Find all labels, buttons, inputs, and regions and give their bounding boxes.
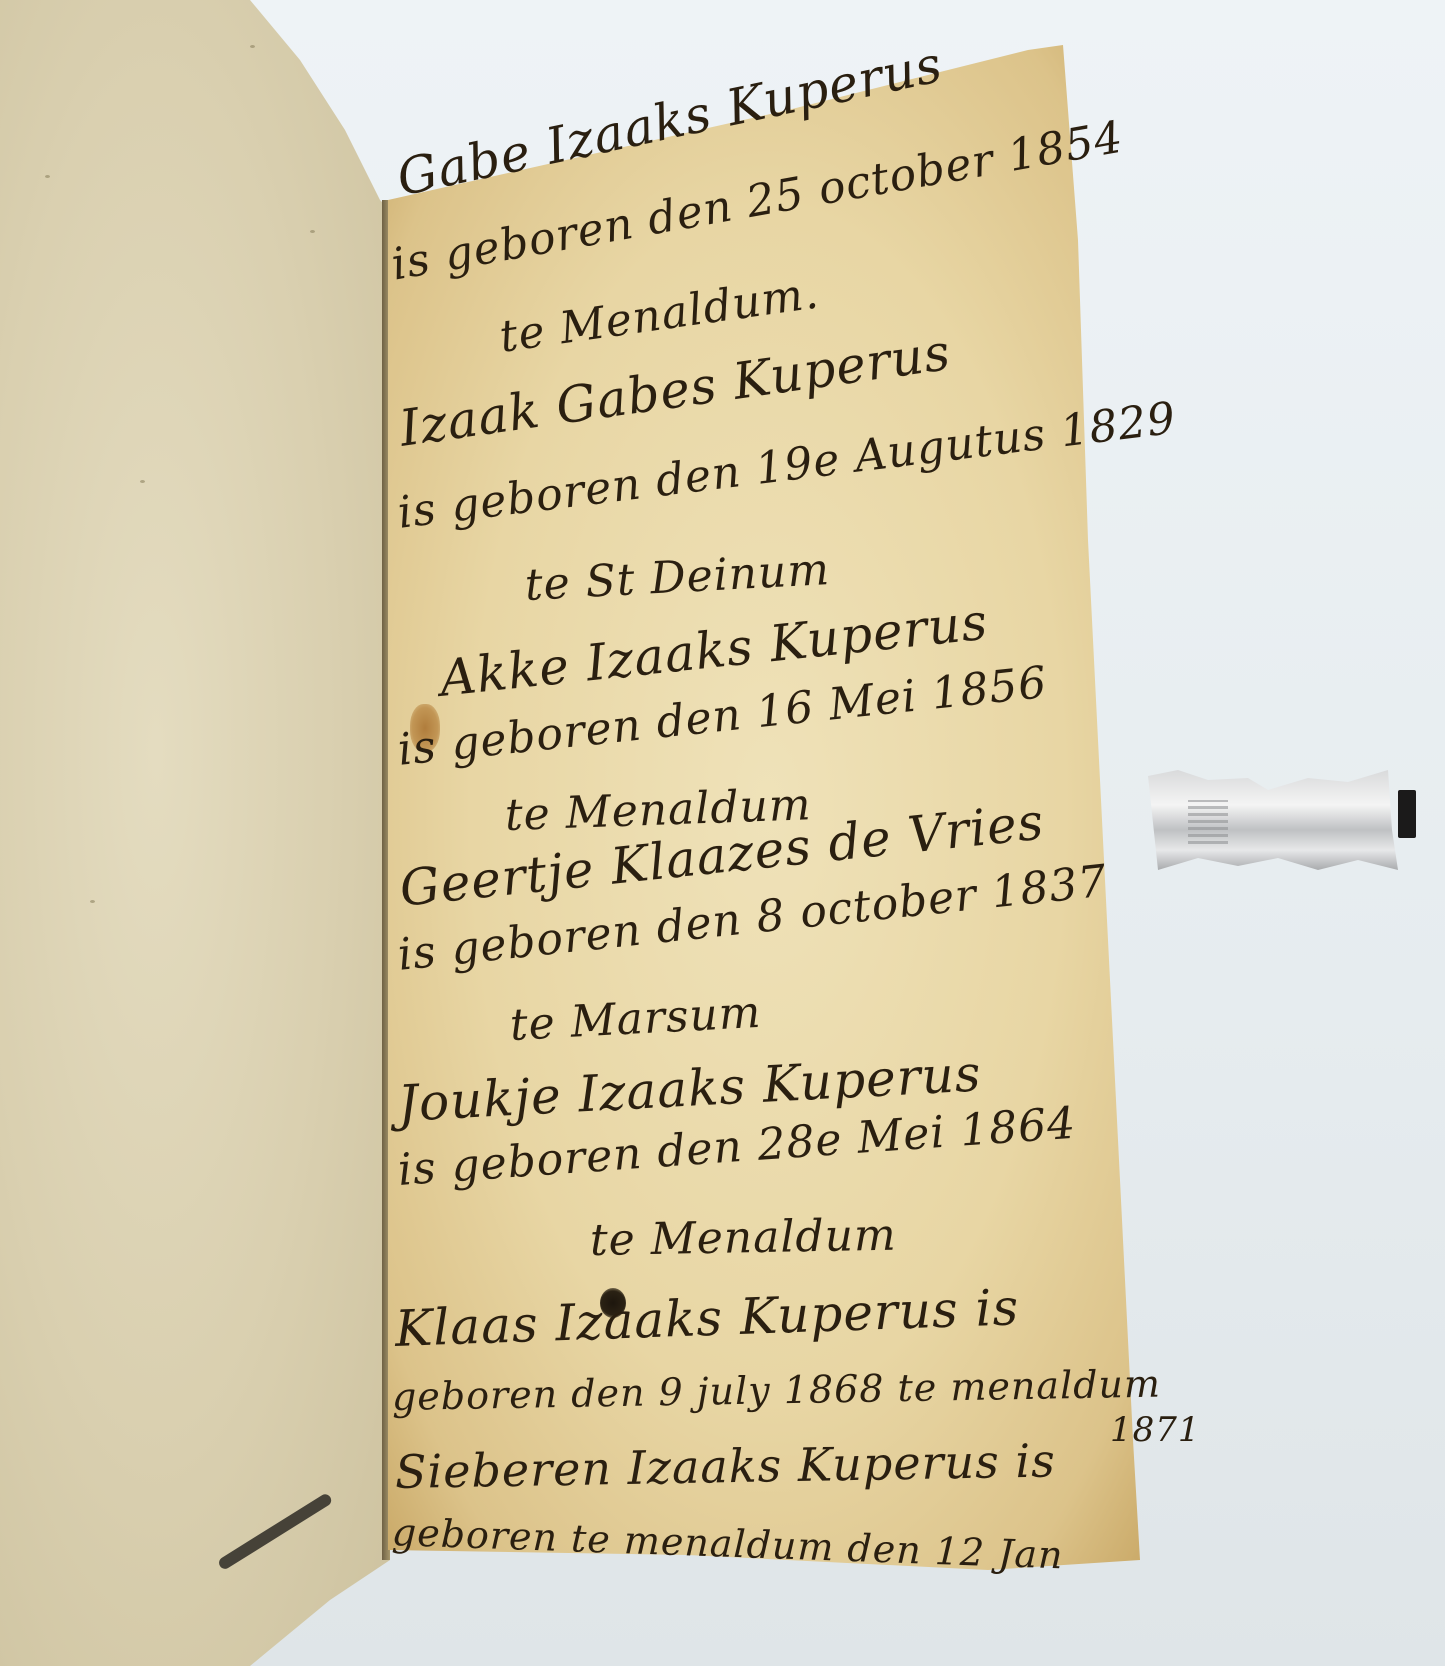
paper-speck — [250, 45, 255, 48]
clasp-hinge — [1398, 790, 1416, 838]
entry-7-year-note: 1871 — [1110, 1410, 1201, 1450]
entry-5-place: te Menaldum — [590, 1210, 898, 1266]
left-blank-page — [0, 0, 390, 1666]
paper-speck — [45, 175, 50, 178]
paper-speck — [140, 480, 145, 483]
entry-7-name: Sieberen Izaaks Kuperus is — [395, 1433, 1057, 1499]
paper-speck — [90, 900, 95, 903]
clasp-engraving — [1188, 800, 1228, 844]
paper-speck — [310, 230, 315, 233]
